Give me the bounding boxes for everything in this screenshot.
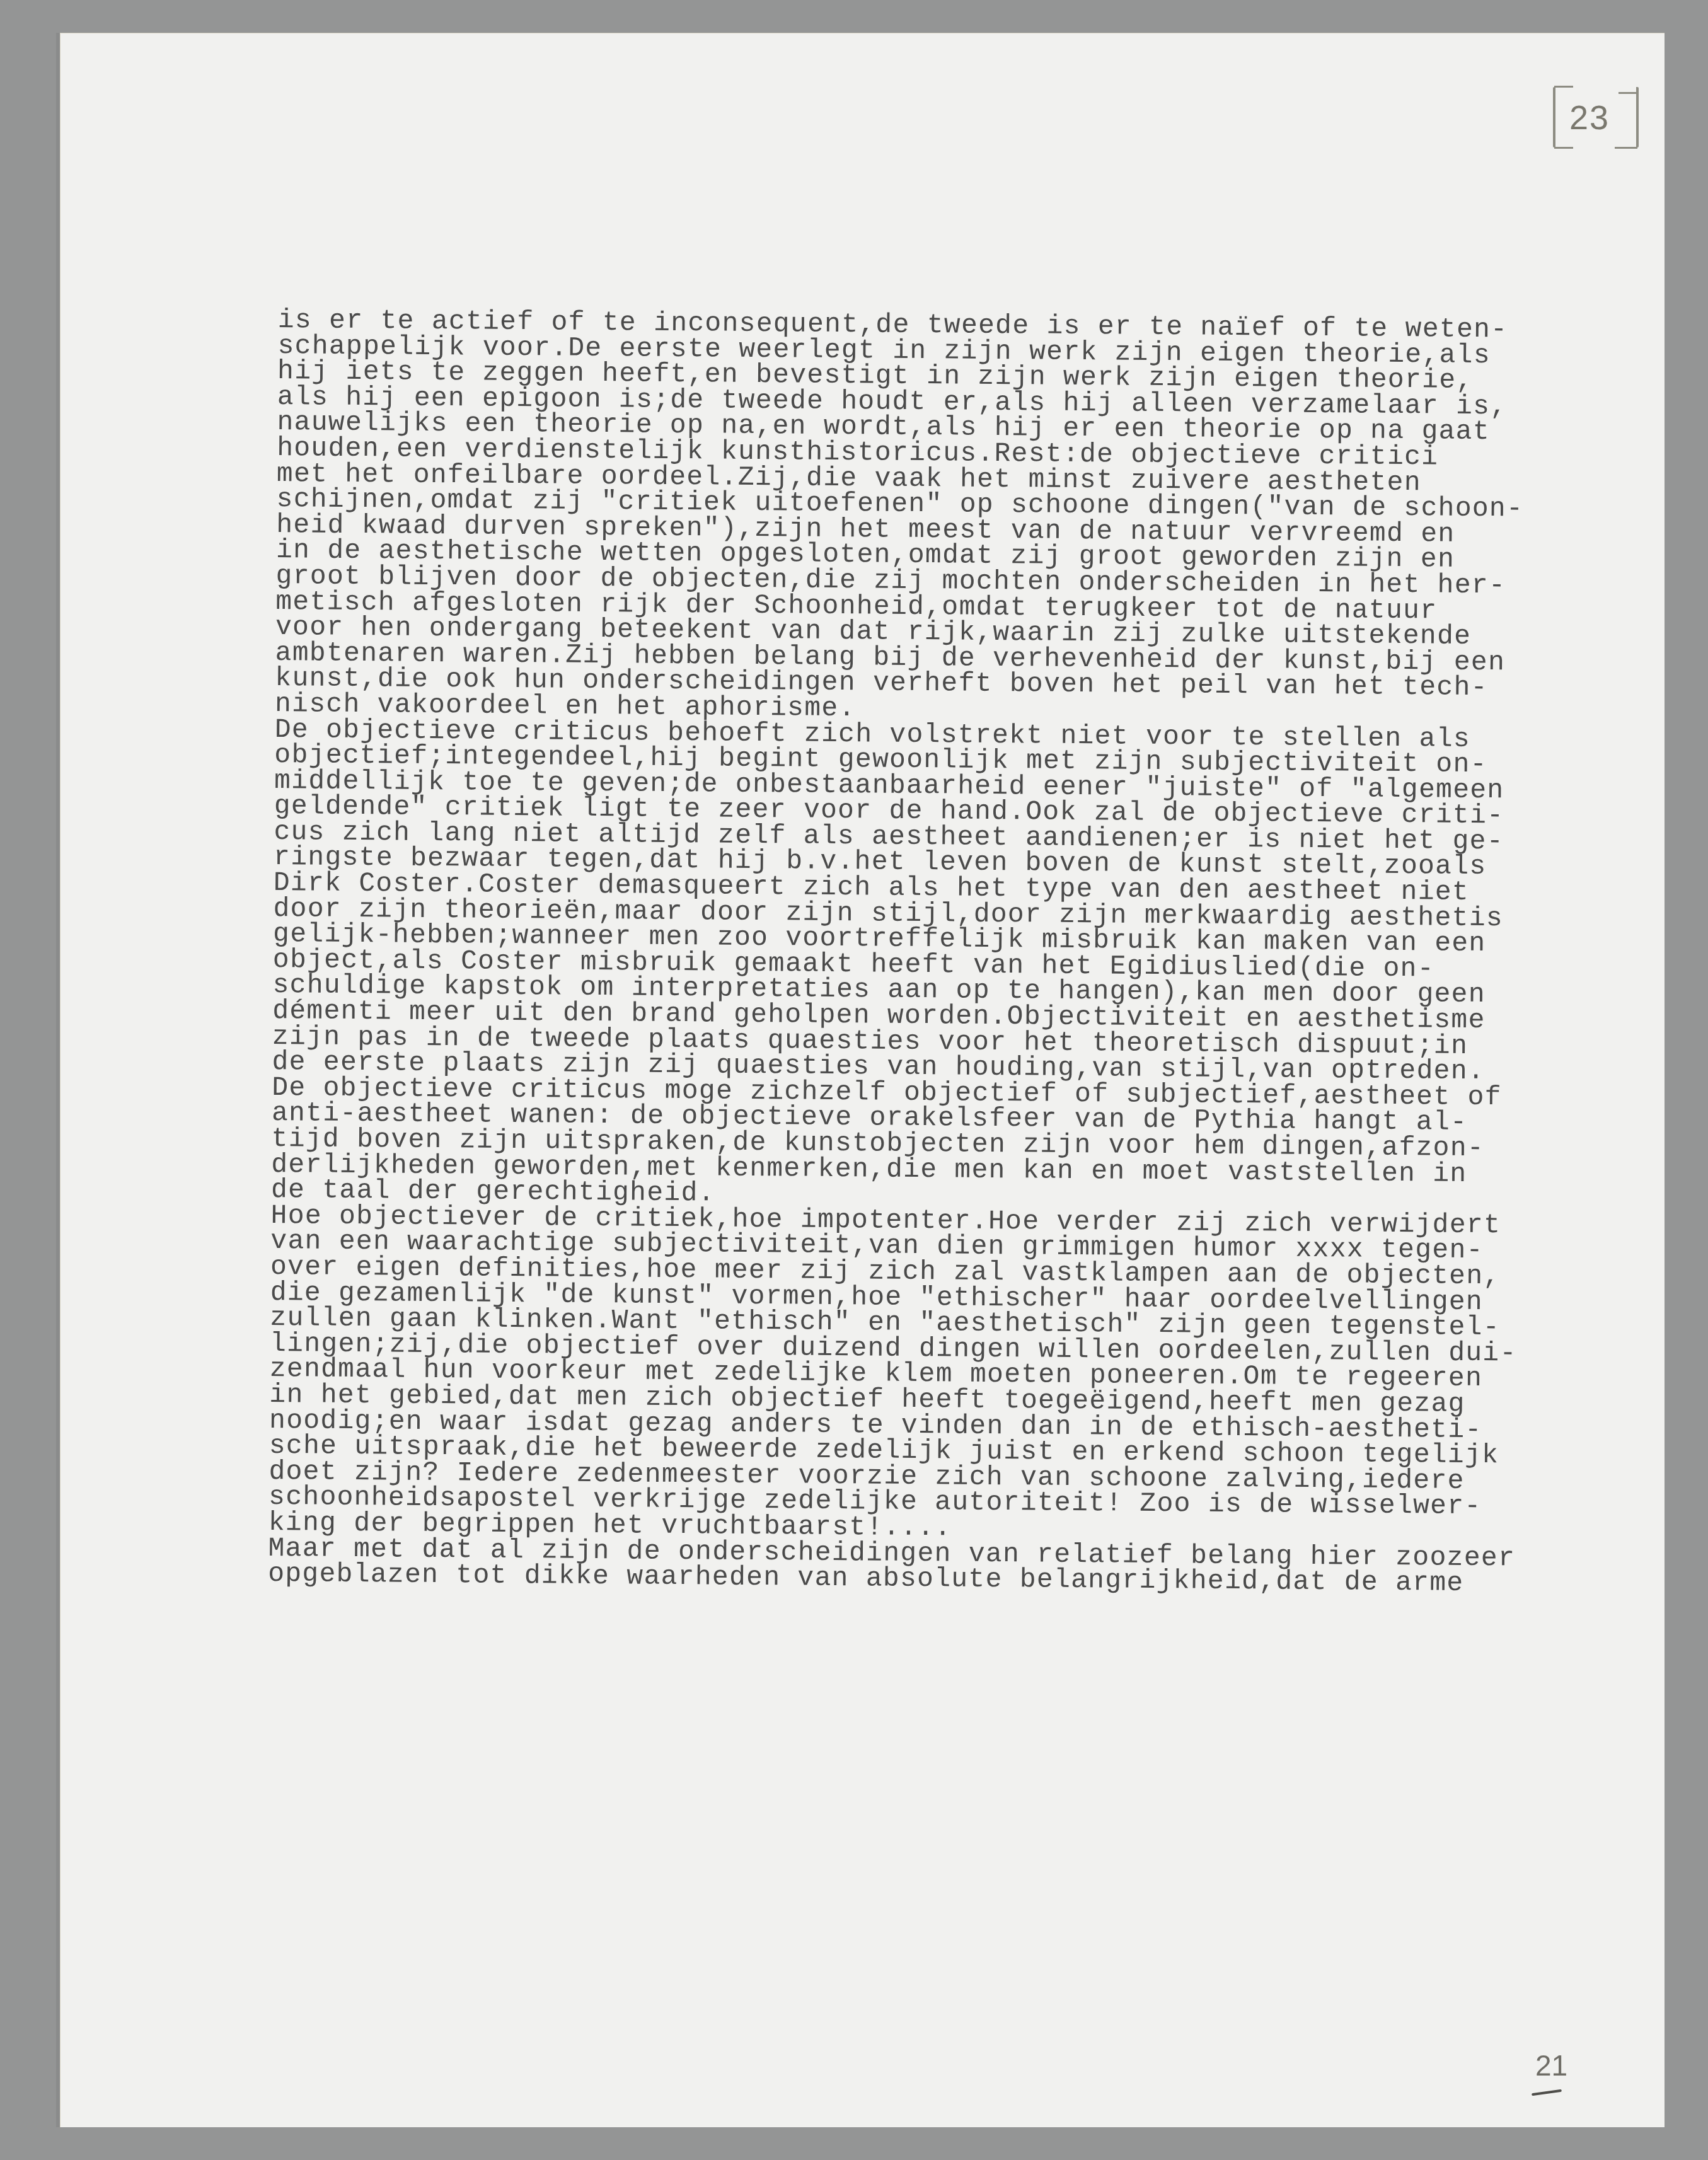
typescript-body: is er te actief of te inconsequent,de tw… (268, 308, 1665, 1598)
page-number-top-text: 23 (1569, 98, 1610, 137)
bracket-decoration (1619, 92, 1637, 94)
bracket-decoration (1615, 147, 1637, 149)
handwritten-page-marker-top: 23 (1553, 87, 1639, 147)
handwritten-page-number-bottom: 21 (1535, 2048, 1567, 2082)
